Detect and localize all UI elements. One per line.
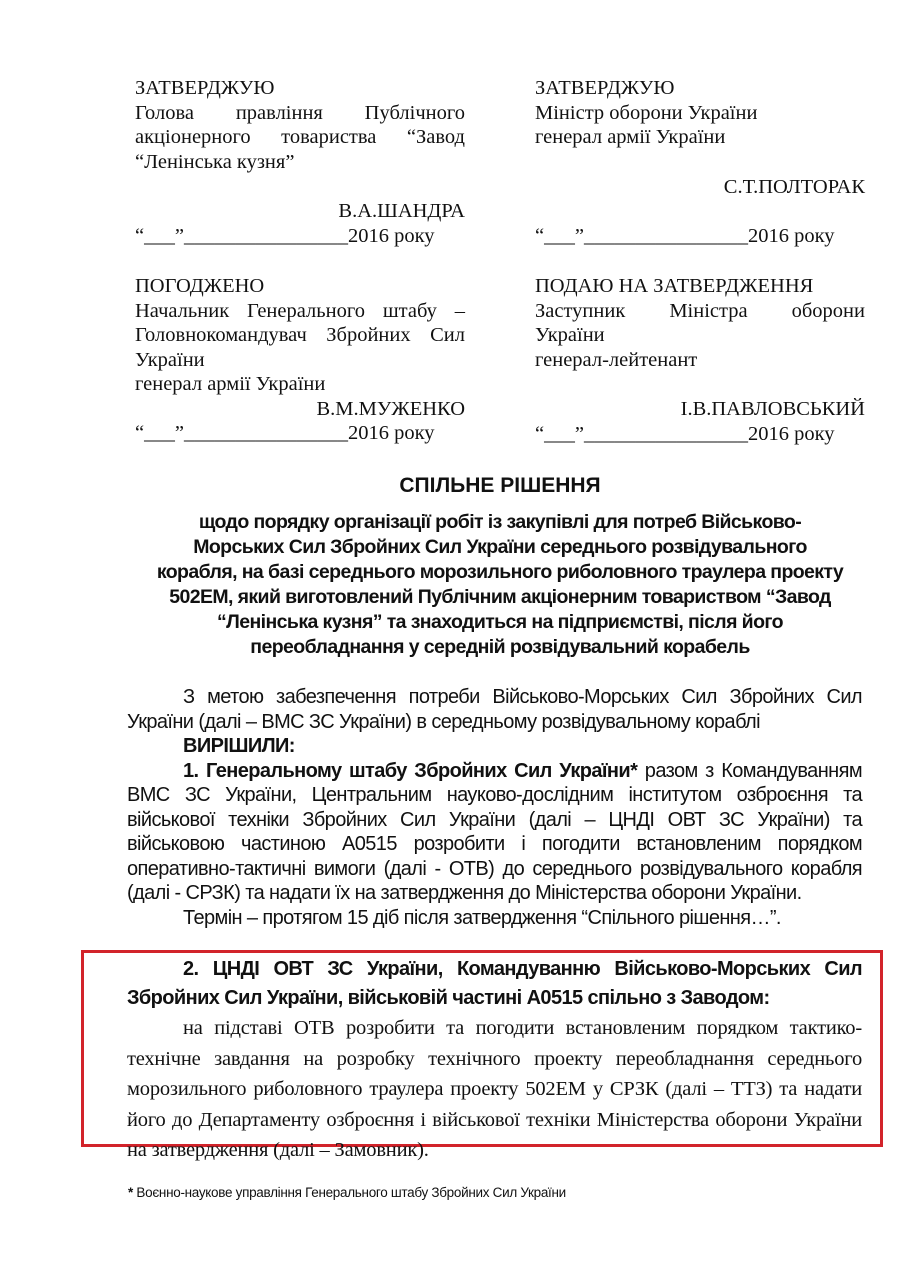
signature-date-field: “___”________________2016 року	[135, 421, 465, 446]
item-1-heading: 1. Генеральному штабу Збройних Сил Украї…	[183, 760, 637, 782]
subtitle-line: корабля, на базі середнього морозильного…	[130, 560, 870, 585]
signatory-name: С.Т.ПОЛТОРАК	[535, 175, 865, 200]
document-title: СПІЛЬНЕ РІШЕННЯ	[120, 474, 880, 498]
position-line: Голова правління Публічного	[135, 101, 465, 126]
subtitle-line: Морських Сил Збройних Сил України середн…	[130, 535, 870, 560]
position-line: України	[135, 348, 465, 373]
item-1-paragraph: 1. Генеральному штабу Збройних Сил Украї…	[127, 759, 862, 906]
footnote-text: Воєнно-наукове управління Генерального ш…	[133, 1185, 566, 1200]
position-line: України	[535, 323, 865, 348]
intro-paragraph: З метою забезпечення потреби Військово-М…	[127, 685, 862, 734]
submission-block-deputy-minister: ПОДАЮ НА ЗАТВЕРДЖЕННЯ Заступник Міністра…	[535, 274, 865, 446]
signatory-name: І.В.ПАВЛОВСЬКИЙ	[535, 397, 865, 422]
document-page: ЗАТВЕРДЖУЮ Голова правління Публічного а…	[0, 0, 905, 1280]
approval-heading: ЗАТВЕРДЖУЮ	[535, 76, 865, 101]
item-2-heading: 2. ЦНДІ ОВТ ЗС України, Командуванню Вій…	[127, 955, 862, 1013]
signature-date-field: “___”________________2016 року	[135, 224, 465, 249]
item-1-deadline: Термін – протягом 15 діб після затвердже…	[127, 906, 862, 931]
approval-block-plant-head: ЗАТВЕРДЖУЮ Голова правління Публічного а…	[135, 76, 465, 248]
submission-heading: ПОДАЮ НА ЗАТВЕРДЖЕННЯ	[535, 274, 865, 299]
signature-date-field: “___”________________2016 року	[535, 224, 865, 249]
signatory-name: В.А.ШАНДРА	[135, 199, 465, 224]
footnote: * Воєнно-наукове управління Генерального…	[128, 1185, 566, 1200]
position-line: Міністр оборони України	[535, 101, 865, 126]
document-subtitle: щодо порядку організації робіт із закупі…	[130, 510, 870, 660]
subtitle-line: переобладнання у середній розвідувальний…	[130, 635, 870, 660]
item-2-text: на підставі ОТВ розробити та погодити вс…	[127, 1013, 862, 1166]
item-2-paragraph: 2. ЦНДІ ОВТ ЗС України, Командуванню Вій…	[127, 955, 862, 1166]
subtitle-line: щодо порядку організації робіт із закупі…	[130, 510, 870, 535]
position-line: генерал-лейтенант	[535, 348, 865, 373]
subtitle-line: “Ленінська кузня” та знаходиться на підп…	[130, 610, 870, 635]
resolved-heading: ВИРІШИЛИ:	[127, 734, 862, 759]
position-line: генерал армії України	[135, 372, 465, 397]
position-line: Начальник Генерального штабу –	[135, 299, 465, 324]
approval-heading: ЗАТВЕРДЖУЮ	[135, 76, 465, 101]
position-line: акціонерного товариства “Завод	[135, 125, 465, 150]
document-body: З метою забезпечення потреби Військово-М…	[127, 685, 862, 930]
signature-date-field: “___”________________2016 року	[535, 422, 865, 447]
position-line: Головнокомандувач Збройних Сил	[135, 323, 465, 348]
subtitle-line: 502ЕМ, який виготовлений Публічним акціо…	[130, 585, 870, 610]
approval-block-minister: ЗАТВЕРДЖУЮ Міністр оборони України генер…	[535, 76, 865, 249]
agreed-block-chief-of-staff: ПОГОДЖЕНО Начальник Генерального штабу –…	[135, 274, 465, 446]
position-line: генерал армії України	[535, 125, 865, 150]
position-line: “Ленінська кузня”	[135, 150, 465, 175]
signatory-name: В.М.МУЖЕНКО	[135, 397, 465, 422]
agreed-heading: ПОГОДЖЕНО	[135, 274, 465, 299]
position-line: Заступник Міністра оборони	[535, 299, 865, 324]
